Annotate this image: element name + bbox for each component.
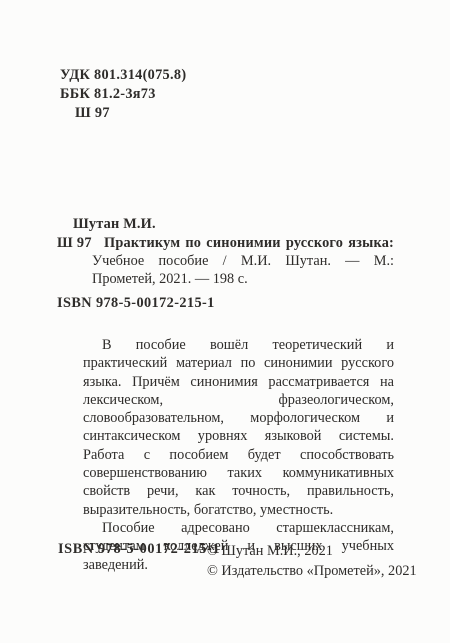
isbn-line: ISBN 978-5-00172-215-1 <box>57 295 215 312</box>
catalog-card-author-sign: Ш 97 <box>57 234 92 252</box>
copyright-block: © Шутан М.И., 2021 © Издательство «Проме… <box>207 541 417 581</box>
book-title: Практикум по синонимии русского языка: <box>92 234 394 252</box>
bbk-line: ББК 81.2-3я73 <box>60 85 186 104</box>
classification-block: УДК 801.314(075.8) ББК 81.2-3я73 Ш 97 <box>60 66 186 123</box>
annotation-block: В пособие вошёл теоретический и практиче… <box>83 336 394 574</box>
imprint-isbn: ISBN 978-5-00172-215-1 <box>58 541 220 558</box>
udc-line: УДК 801.314(075.8) <box>60 66 186 85</box>
annotation-paragraph-1: В пособие вошёл теоретический и практиче… <box>83 336 394 519</box>
catalog-card-author: Шутан М.И. <box>73 216 156 233</box>
catalog-card-entry: Ш 97 Практикум по синонимии русского язы… <box>57 234 394 288</box>
catalog-card-text: Практикум по синонимии русского языка: У… <box>92 234 394 288</box>
book-subtitle-imprint: Учебное пособие / М.И. Шутан. — М.: Пром… <box>92 252 394 288</box>
copyright-author: © Шутан М.И., 2021 <box>207 541 417 561</box>
copyright-publisher: © Издательство «Прометей», 2021 <box>207 561 417 581</box>
book-copyright-page: УДК 801.314(075.8) ББК 81.2-3я73 Ш 97 Шу… <box>0 0 450 643</box>
author-sign-line: Ш 97 <box>75 104 186 123</box>
